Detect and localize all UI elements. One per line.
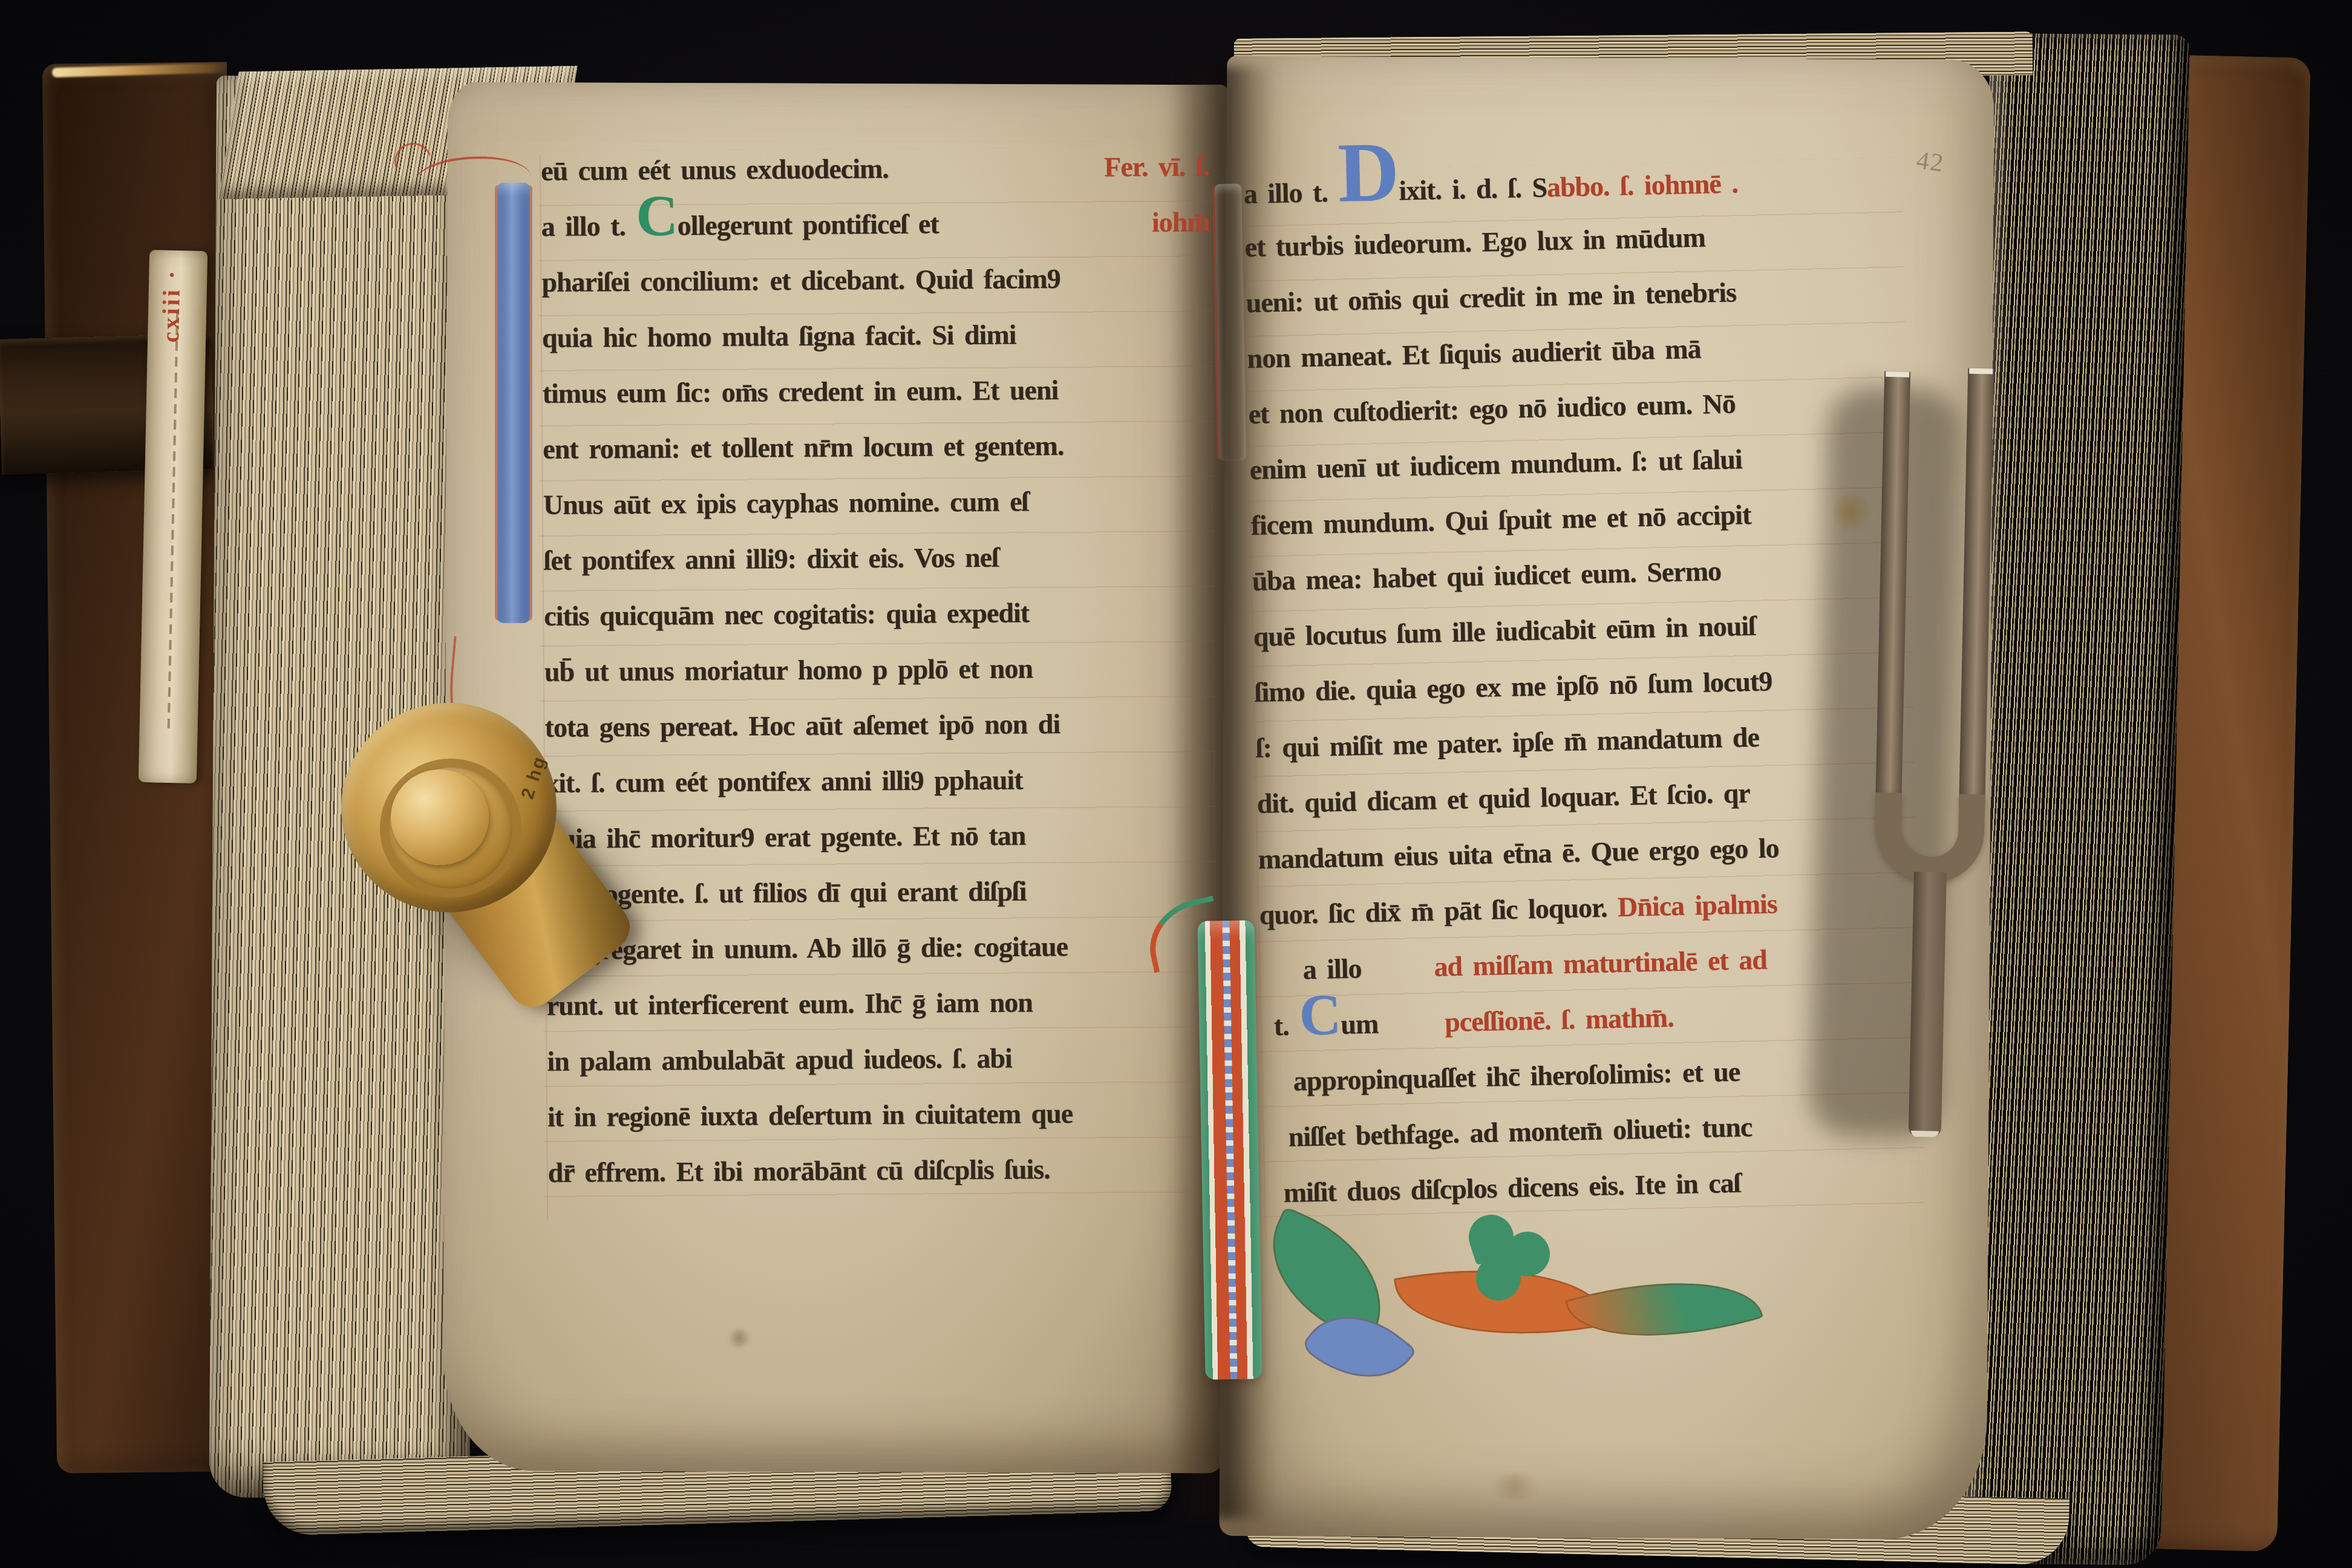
- text-segment: citis quicquām nec cogitatis: quia exped…: [544, 596, 1029, 632]
- text-segment: C: [1299, 1014, 1341, 1015]
- green-initial-I: [1215, 184, 1246, 462]
- text-segment: ent romani: et tollent nr̄m locum et gen…: [543, 430, 1063, 465]
- manuscript-line: it in regionē iuxta deſertum in ciuitate…: [547, 1096, 1217, 1157]
- manuscript-line: in palam ambulabāt apud iudeos. ſ. abi: [547, 1040, 1216, 1101]
- manuscript-line: ſet pontifex anni illi9: dixit eis. Vos …: [543, 540, 1212, 600]
- manuscript-line: quia hic homo multa ſigna facit. Si dimi: [542, 317, 1211, 377]
- text-segment: ub̄ ut unus moriatur homo p pplō et non: [544, 652, 1033, 688]
- text-segment: dr̄ effrem. Et ibi morābānt cū diſcplis …: [547, 1153, 1050, 1189]
- parchment-stain: [726, 1328, 753, 1348]
- text-segment: ixit. i. d. ſ. S: [1399, 171, 1547, 206]
- text-segment: ollegerunt pontificeſ et: [678, 207, 939, 241]
- text-segment: Unus aūt ex ipis cayphas nomine. cum eſ: [543, 485, 1029, 521]
- fork-stem: [1909, 872, 1947, 1137]
- text-segment: quia hic homo multa ſigna facit. Si dimi: [542, 318, 1016, 353]
- fork-prong-left: [1875, 371, 1911, 821]
- photo-of-manuscript: cxiii · eū cum eét unus exduodecim.Fer. …: [0, 0, 2352, 1568]
- manuscript-line: citis quicquām nec cogitatis: quia exped…: [544, 595, 1213, 656]
- parchment-stain: [1486, 1474, 1544, 1499]
- text-segment: timus eum ſic: om̄s credent in eum. Et u…: [542, 374, 1058, 410]
- manuscript-line: quia ihc̄ moritur9 erat pgente. Et nō ta…: [546, 818, 1215, 878]
- manuscript-line: a illo t. Collegerunt pontificeſ etiohm̄: [541, 206, 1210, 266]
- fork-u-bend: [1874, 792, 1985, 884]
- text-segment: Dn̄ica ipalmis: [1617, 887, 1777, 923]
- left-text-block: eū cum eét unus exduodecim.Fer. vī. ſ.a …: [540, 150, 1218, 1220]
- text-segment: it in regionē iuxta deſertum in ciuitate…: [547, 1097, 1073, 1133]
- illuminated-initial-bar: [1197, 920, 1262, 1380]
- brass-weight: 2 hg: [327, 687, 629, 1038]
- tab-faded-script: [168, 305, 179, 728]
- manuscript-line: xit. ſ. cum eét pontifex anni illi9 ppha…: [545, 762, 1214, 823]
- text-segment: in palam ambulabāt apud iudeos. ſ. abi: [547, 1042, 1012, 1077]
- manuscript-line: Unus aūt ex ipis cayphas nomine. cum eſ: [543, 484, 1212, 544]
- manuscript-line: phariſei concilium: et dicebant. Quid fa…: [541, 261, 1210, 322]
- fore-edge-tab: cxiii ·: [139, 250, 207, 783]
- text-segment: D: [1338, 172, 1399, 173]
- text-segment: Fer. vī. ſ.: [1104, 150, 1209, 183]
- text-segment: a illo t.: [1243, 176, 1339, 210]
- manuscript-line: timus eum ſic: om̄s credent in eum. Et u…: [542, 373, 1211, 433]
- blue-initial-I: [497, 183, 530, 623]
- manuscript-line: ub̄ ut unus moriatur homo p pplō et non: [544, 651, 1214, 711]
- text-segment: a illo: [1302, 952, 1362, 985]
- manuscript-line: runt. ut interficerent eum. Ihc̄ ḡ iam n…: [547, 985, 1216, 1045]
- tuning-fork: [1857, 361, 2030, 1145]
- text-segment: t.: [1273, 1009, 1299, 1042]
- manuscript-line: ent romani: et tollent nr̄m locum et gen…: [543, 428, 1212, 489]
- text-segment: eū cum eét unus exduodecim.: [541, 152, 889, 187]
- folio-number: 42: [1915, 146, 1946, 178]
- text-segment: iohm̄: [1152, 206, 1210, 238]
- text-segment: a illo t.: [541, 210, 636, 243]
- manuscript-line: dr̄ effrem. Et ibi morābānt cū diſcplis …: [547, 1152, 1217, 1212]
- text-segment: phariſei concilium: et dicebant. Quid fa…: [541, 263, 1060, 298]
- manuscript-line: tota gens pereat. Hoc aūt aſemet ipō non…: [544, 707, 1214, 767]
- fork-prong-right: [1959, 368, 1994, 818]
- text-segment: ſet pontifex anni illi9: dixit eis. Vos …: [543, 541, 999, 577]
- tab-rubric-text: cxiii ·: [156, 268, 186, 342]
- text-segment: ad miſſam maturtinalē et ad: [1434, 943, 1767, 982]
- text-segment: um: [1341, 1007, 1379, 1040]
- text-segment: pceſſionē. ſ. mathm̄.: [1445, 1001, 1674, 1038]
- weight-knob: [391, 769, 489, 865]
- text-segment: abbo. ſ. iohnnē .: [1546, 167, 1738, 203]
